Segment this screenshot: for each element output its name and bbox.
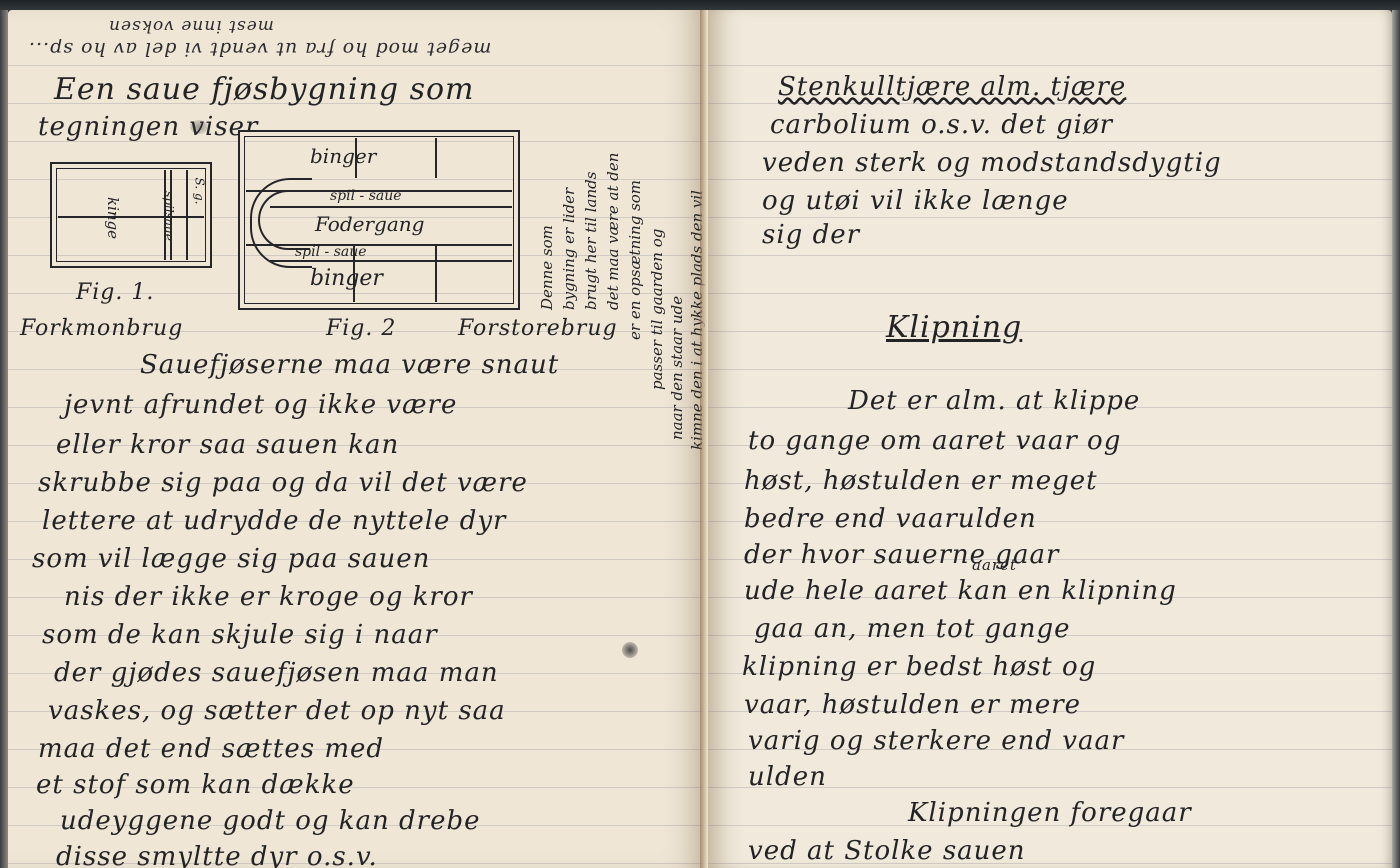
inverted-margin-text-1: mest inne voksen [108,16,274,36]
fig2-caption: Fig. 2 [326,316,396,341]
margin-note-line-2: bygning er lider [558,188,580,310]
left-page: mest inne voksen meget mod ho fra ut ven… [8,10,708,868]
body-line-3: eller kror saa sauen kan [56,430,399,460]
right-body-line-12: Klipningen foregaar [908,798,1192,828]
right-top-line-3: veden sterk og modstandsdygtig [762,148,1222,178]
fig2-row-spilsaue-top: spil - saue [330,188,402,204]
right-body-line-7: gaa an, men tot gange [754,614,1070,644]
ink-blot [622,642,638,658]
ink-smudge [190,120,208,134]
body-line-14: disse smyltte dyr o.s.v. [56,842,378,868]
fig2-row-binger-bottom: binger [310,266,383,291]
margin-note-line-6: passer til gaarden og [646,229,668,390]
body-line-4: skrubbe sig paa og da vil det være [38,468,528,498]
intro-line-1: Een saue fjøsbygning som [54,72,475,107]
fig1-subcaption: Forkmonbrug [20,316,183,341]
right-body-line-4: bedre end vaarulden [744,504,1037,534]
body-line-6: som vil lægge sig paa sauen [32,544,430,574]
body-line-2: jevnt afrundet og ikke være [64,390,457,420]
fig2-row-spilsaue-bottom: spil - saue [295,244,367,260]
body-line-10: vaskes, og sætter det op nyt saa [48,696,506,726]
fig2-subcaption: Forstorebrug [458,316,618,341]
fig1-side-label: spilsaue [162,191,176,241]
notebook-edge-left [0,10,8,868]
intro-line-2: tegningen viser [38,112,259,142]
right-body-line-2: to gange om aaret vaar og [748,426,1121,456]
inverted-margin-text-2: meget mod ho fra ut vendt vi del av ho s… [28,38,491,60]
right-top-line-4: og utøi vil ikke længe [762,186,1069,216]
fig1-corner-label: S. g. [192,178,206,205]
right-top-line-2: carbolium o.s.v. det giør [770,110,1113,140]
body-line-8: som de kan skjule sig i naar [42,620,438,650]
right-body-line-6: ude hele aaret kan en klipning [744,576,1177,606]
right-body-line-10: varig og sterkere end vaar [748,726,1124,756]
body-line-1: Sauefjøserne maa være snaut [140,350,559,380]
right-top-line-1: Stenkulltjære alm. tjære [778,72,1126,102]
right-page: Stenkulltjære alm. tjære carbolium o.s.v… [708,10,1392,868]
right-top-line-1-text: Stenkulltjære alm. tjære [778,72,1126,102]
body-line-9: der gjødes sauefjøsen maa man [54,658,499,688]
body-line-7: nis der ikke er kroge og kror [64,582,473,612]
body-line-12: et stof som kan dække [36,770,355,800]
margin-note-line-3: brugt her til lands [580,172,602,310]
margin-note-line-1: Denne som [536,225,558,310]
body-line-13: udeyggene godt og kan drebe [60,806,481,836]
fig2-row-binger-top: binger [310,144,376,168]
right-body-line-3: høst, høstulden er meget [744,466,1098,496]
body-line-11: maa det end sættes med [38,734,384,764]
fig2-floorplan: binger spil - saue Fodergang spil - saue… [238,130,520,310]
interlinear-insert: aaret [972,556,1017,574]
fig1-caption: Fig. 1. [76,280,154,305]
right-body-line-11: ulden [748,762,827,792]
section-heading-klipning: Klipning [886,310,1022,345]
fig1-floorplan: kinge spilsaue S. g. [50,162,212,268]
right-top-line-2-text: carbolium o.s.v. det giør [770,110,1113,140]
right-top-line-5: sig der [762,220,860,250]
right-body-line-13: ved at Stolke sauen [748,836,1026,866]
margin-note-line-5: er en opsætning som [624,180,646,340]
notebook-edge-right [1392,10,1400,868]
right-body-line-8: klipning er bedst høst og [742,652,1096,682]
fig1-main-label: kinge [104,197,122,239]
margin-note-line-7: naar den staar ude [666,296,688,440]
fig2-row-fodergang: Fodergang [315,212,424,236]
right-body-line-9: vaar, høstulden er mere [744,690,1081,720]
body-line-5: lettere at udrydde de nyttele dyr [42,506,506,536]
margin-note-line-4: det maa være at den [602,153,624,310]
right-body-line-1: Det er alm. at klippe [848,386,1140,416]
